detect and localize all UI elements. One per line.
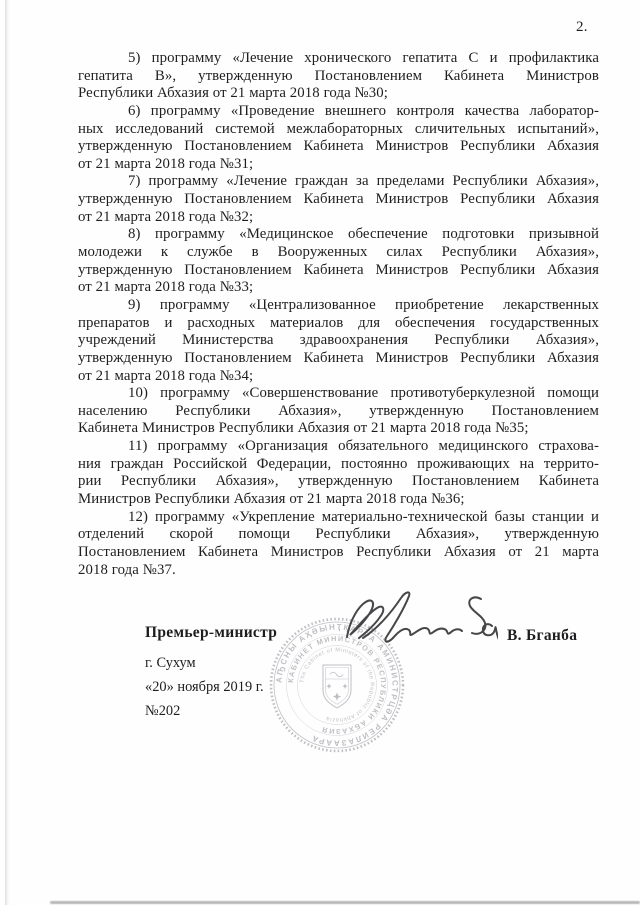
signer-title: Премьер-министр <box>145 624 277 642</box>
paragraph-line: утвержденную Постановлением Кабинета Мин… <box>78 138 599 156</box>
paragraph-line: утвержденную Постановлением Кабинета Мин… <box>78 350 599 368</box>
paragraph-line: населению Республики Абхазия», утвержден… <box>78 403 599 421</box>
paragraph-line: ния граждан Российской Федерации, постоя… <box>78 456 599 474</box>
paragraph-line: 11) программу «Организация обязательного… <box>78 438 599 456</box>
paragraph-line: 5) программу «Лечение хронического гепат… <box>78 50 599 68</box>
handwritten-signature <box>333 585 498 651</box>
scan-edge-bottom <box>50 901 640 904</box>
paragraph-line: отделений скорой помощи Республики Абхаз… <box>78 526 599 544</box>
paragraph-line: утвержденную Постановлением Кабинета Мин… <box>78 191 599 209</box>
paragraph-line: Кабинета Министров Республики Абхазия от… <box>78 420 599 438</box>
paragraph-line: от 21 марта 2018 года №34; <box>78 368 599 386</box>
paragraph-line: Республики Абхазия от 21 марта 2018 года… <box>78 85 599 103</box>
dateline-date: «20» ноября 2019 г. <box>145 679 264 696</box>
paragraph-line: 6) программу «Проведение внешнего контро… <box>78 103 599 121</box>
body-text: 5) программу «Лечение хронического гепат… <box>78 50 599 579</box>
scan-edge-left <box>5 0 10 905</box>
paragraph-line: от 21 марта 2018 года №31; <box>78 156 599 174</box>
paragraph-line: Постановлением Кабинета Министров Респуб… <box>78 544 599 562</box>
paragraph-line: утвержденную Постановлением Кабинета Мин… <box>78 262 599 280</box>
page-number: 2. <box>576 19 588 36</box>
signer-name: В. Бганба <box>507 627 577 645</box>
dateline-number: №202 <box>145 703 180 720</box>
paragraph-line: рии Республики Абхазия», утвержденную По… <box>78 473 599 491</box>
paragraph-line: 9) программу «Централизованное приобрете… <box>78 297 599 315</box>
paragraph-line: Министров Республики Абхазия от 21 марта… <box>78 491 599 509</box>
paragraph-line: от 21 марта 2018 года №32; <box>78 209 599 227</box>
svg-text:The Cabinet of Ministers of th: The Cabinet of Ministers of the Republic… <box>300 647 375 722</box>
paragraph-line: молодежи к службе в Вооруженных силах Ре… <box>78 244 599 262</box>
paragraph-line: препаратов и расходных материалов для об… <box>78 315 599 333</box>
paragraph-line: 7) программу «Лечение граждан за предела… <box>78 173 599 191</box>
paragraph-line: гепатита В», утвержденную Постановлением… <box>78 68 599 86</box>
paragraph-line: 8) программу «Медицинское обеспечение по… <box>78 226 599 244</box>
seal-shield-emblem <box>323 665 351 708</box>
document-page: 2. 5) программу «Лечение хронического ге… <box>0 0 640 905</box>
paragraph-line: 10) программу «Совершенствование противо… <box>78 385 599 403</box>
paragraph-line: 2018 года №37. <box>78 562 599 580</box>
paragraph-line: от 21 марта 2018 года №33; <box>78 279 599 297</box>
paragraph-line: учреждений Министерства здравоохранения … <box>78 332 599 350</box>
dateline-place: г. Сухум <box>145 655 196 672</box>
paragraph-line: ных исследований системой межлабораторны… <box>78 121 599 139</box>
seal-inner-text: The Cabinet of Ministers of the Republic… <box>300 647 375 722</box>
paragraph-line: 12) программу «Укрепление материально-те… <box>78 509 599 527</box>
